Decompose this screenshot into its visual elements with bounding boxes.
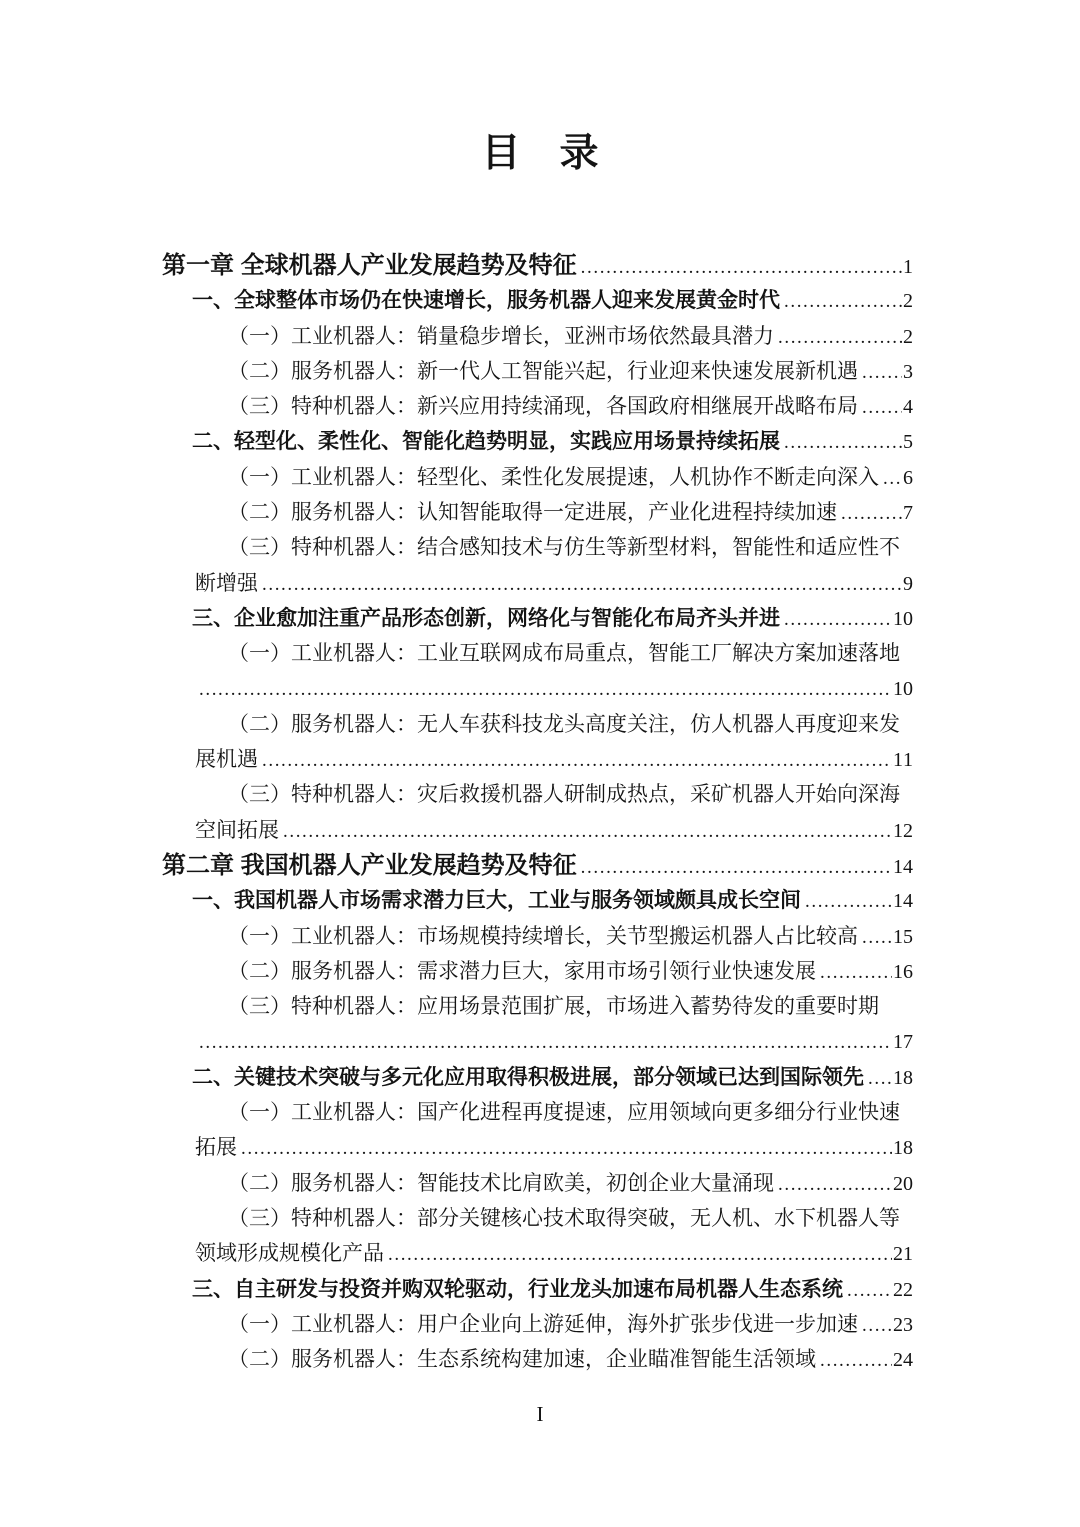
- toc-entry-line: 展机遇11: [162, 742, 913, 777]
- toc-entry-text: 第二章 我国机器人产业发展趋势及特征: [162, 848, 577, 883]
- toc-entry-line: 空间拓展12: [162, 813, 913, 848]
- toc-entry-line: 二、关键技术突破与多元化应用取得积极进展，部分领域已达到国际领先18: [162, 1060, 913, 1095]
- toc-entry-text: 空间拓展: [195, 813, 279, 848]
- toc-entry-line: （二）服务机器人：智能技术比肩欧美，初创企业大量涌现20: [162, 1166, 913, 1201]
- toc-entry[interactable]: （三）特种机器人：结合感知技术与仿生等新型材料，智能性和适应性不断增强9: [162, 530, 913, 601]
- dot-leader: [581, 250, 902, 285]
- toc-entry[interactable]: （一）工业机器人：工业互联网成布局重点，智能工厂解决方案加速落地10: [162, 636, 913, 707]
- dot-leader: [778, 320, 902, 355]
- toc-entry-text: （三）特种机器人：结合感知技术与仿生等新型材料，智能性和适应性不: [228, 530, 900, 565]
- toc-entry-line: （一）工业机器人：市场规模持续增长，关节型搬运机器人占比较高15: [162, 919, 913, 954]
- toc-entry-text: 三、自主研发与投资并购双轮驱动，行业龙头加速布局机器人生态系统: [192, 1272, 843, 1307]
- toc-entry-text: 展机遇: [195, 742, 258, 777]
- toc-entry-line: （一）工业机器人：轻型化、柔性化发展提速，人机协作不断走向深入6: [162, 460, 913, 495]
- toc-entry[interactable]: （一）工业机器人：国产化进程再度提速，应用领域向更多细分行业快速拓展18: [162, 1095, 913, 1166]
- toc-entry[interactable]: 三、自主研发与投资并购双轮驱动，行业龙头加速布局机器人生态系统22: [162, 1272, 913, 1307]
- dot-leader: [820, 1343, 892, 1378]
- dot-leader: [388, 1237, 892, 1272]
- toc-entry-line: （三）特种机器人：应用场景范围扩展，市场进入蓄势待发的重要时期: [162, 989, 913, 1024]
- dot-leader: [820, 955, 892, 990]
- toc-page-number: 14: [892, 884, 913, 919]
- toc-entry[interactable]: 二、轻型化、柔性化、智能化趋势明显，实践应用场景持续拓展5: [162, 424, 913, 459]
- toc-page-number: 12: [892, 814, 913, 849]
- toc-page-number: 20: [892, 1167, 913, 1202]
- toc-page-number: 2: [902, 284, 913, 319]
- toc-entry[interactable]: 一、全球整体市场仍在快速增长，服务机器人迎来发展黄金时代2: [162, 283, 913, 318]
- dot-leader: [784, 425, 902, 460]
- toc-entry-line: 第一章 全球机器人产业发展趋势及特征1: [162, 248, 913, 283]
- toc-page-number: 10: [892, 672, 913, 707]
- toc-entry-text: （三）特种机器人：新兴应用持续涌现，各国政府相继展开战略布局: [228, 389, 858, 424]
- toc-page-number: 4: [902, 390, 913, 425]
- page-title: 目 录: [0, 133, 1080, 175]
- toc-entry-text: 一、我国机器人市场需求潜力巨大，工业与服务领域颇具成长空间: [192, 883, 801, 918]
- toc-page-number: 15: [892, 920, 913, 955]
- toc-page-number: 7: [902, 496, 913, 531]
- toc-entry[interactable]: （三）特种机器人：部分关键核心技术取得突破，无人机、水下机器人等领域形成规模化产…: [162, 1201, 913, 1272]
- toc-page-number: 24: [892, 1343, 913, 1378]
- toc-entry-line: （二）服务机器人：需求潜力巨大，家用市场引领行业快速发展16: [162, 954, 913, 989]
- toc-entry[interactable]: （三）特种机器人：灾后救援机器人研制成热点，采矿机器人开始向深海空间拓展12: [162, 777, 913, 848]
- toc-entry-text: 拓展: [195, 1130, 237, 1165]
- toc-entry-line: 二、轻型化、柔性化、智能化趋势明显，实践应用场景持续拓展5: [162, 424, 913, 459]
- toc-entry[interactable]: （三）特种机器人：应用场景范围扩展，市场进入蓄势待发的重要时期17: [162, 989, 913, 1060]
- toc-entry-text: （一）工业机器人：市场规模持续增长，关节型搬运机器人占比较高: [228, 919, 858, 954]
- toc-page-number: 23: [892, 1308, 913, 1343]
- toc-entry[interactable]: 二、关键技术突破与多元化应用取得积极进展，部分领域已达到国际领先18: [162, 1060, 913, 1095]
- toc-page-number: 18: [892, 1061, 913, 1096]
- toc-entry-text: 领域形成规模化产品: [195, 1236, 384, 1271]
- toc-entry-line: 第二章 我国机器人产业发展趋势及特征14: [162, 848, 913, 883]
- dot-leader: [199, 1025, 892, 1060]
- dot-leader: [805, 884, 892, 919]
- dot-leader: [862, 390, 902, 425]
- toc-page-number: 9: [902, 567, 913, 602]
- toc-entry-text: （三）特种机器人：部分关键核心技术取得突破，无人机、水下机器人等: [228, 1201, 900, 1236]
- toc-entry[interactable]: 一、我国机器人市场需求潜力巨大，工业与服务领域颇具成长空间14: [162, 883, 913, 918]
- toc-entry-text: 三、企业愈加注重产品形态创新，网络化与智能化布局齐头并进: [192, 601, 780, 636]
- toc-entry[interactable]: （一）工业机器人：销量稳步增长，亚洲市场依然最具潜力2: [162, 319, 913, 354]
- toc-entry-line: 一、我国机器人市场需求潜力巨大，工业与服务领域颇具成长空间14: [162, 883, 913, 918]
- toc-entry[interactable]: （二）服务机器人：需求潜力巨大，家用市场引领行业快速发展16: [162, 954, 913, 989]
- dot-leader: [784, 284, 902, 319]
- toc-page-number: 1: [902, 250, 913, 285]
- toc-page-number: 16: [892, 955, 913, 990]
- dot-leader: [241, 1131, 892, 1166]
- toc-entry-line: （三）特种机器人：灾后救援机器人研制成热点，采矿机器人开始向深海: [162, 777, 913, 812]
- document-page: 目 录 第一章 全球机器人产业发展趋势及特征1一、全球整体市场仍在快速增长，服务…: [0, 0, 1080, 1527]
- toc-entry[interactable]: （二）服务机器人：智能技术比肩欧美，初创企业大量涌现20: [162, 1166, 913, 1201]
- toc-page-number: 17: [892, 1025, 913, 1060]
- toc-entry[interactable]: （一）工业机器人：市场规模持续增长，关节型搬运机器人占比较高15: [162, 919, 913, 954]
- dot-leader: [784, 602, 892, 637]
- dot-leader: [199, 672, 892, 707]
- toc-entry[interactable]: （一）工业机器人：用户企业向上游延伸，海外扩张步伐进一步加速23: [162, 1307, 913, 1342]
- toc-page-number: 2: [902, 320, 913, 355]
- toc-entry-line: 三、自主研发与投资并购双轮驱动，行业龙头加速布局机器人生态系统22: [162, 1272, 913, 1307]
- toc-entry[interactable]: （二）服务机器人：生态系统构建加速，企业瞄准智能生活领域24: [162, 1342, 913, 1377]
- toc-entry-text: （二）服务机器人：新一代人工智能兴起，行业迎来快速发展新机遇: [228, 354, 858, 389]
- toc-entry-text: （一）工业机器人：工业互联网成布局重点，智能工厂解决方案加速落地: [228, 636, 900, 671]
- toc-page-number: 10: [892, 602, 913, 637]
- toc-entry-line: （二）服务机器人：认知智能取得一定进展，产业化进程持续加速7: [162, 495, 913, 530]
- toc-entry-text: （三）特种机器人：灾后救援机器人研制成热点，采矿机器人开始向深海: [228, 777, 900, 812]
- toc-entry-text: 二、轻型化、柔性化、智能化趋势明显，实践应用场景持续拓展: [192, 424, 780, 459]
- toc-entry-text: （一）工业机器人：用户企业向上游延伸，海外扩张步伐进一步加速: [228, 1307, 858, 1342]
- toc-entry-text: （二）服务机器人：无人车获科技龙头高度关注，仿人机器人再度迎来发: [228, 707, 900, 742]
- toc-entry-text: （一）工业机器人：销量稳步增长，亚洲市场依然最具潜力: [228, 319, 774, 354]
- dot-leader: [778, 1167, 892, 1202]
- toc-entry-line: （一）工业机器人：国产化进程再度提速，应用领域向更多细分行业快速: [162, 1095, 913, 1130]
- toc-entry-line: （二）服务机器人：无人车获科技龙头高度关注，仿人机器人再度迎来发: [162, 707, 913, 742]
- toc-page-number: 11: [892, 743, 913, 778]
- dot-leader: [262, 743, 892, 778]
- toc-entry-line: 三、企业愈加注重产品形态创新，网络化与智能化布局齐头并进10: [162, 601, 913, 636]
- toc-entry-line: （三）特种机器人：部分关键核心技术取得突破，无人机、水下机器人等: [162, 1201, 913, 1236]
- toc-page-number: 3: [902, 355, 913, 390]
- toc-entry[interactable]: 第二章 我国机器人产业发展趋势及特征14: [162, 848, 913, 883]
- toc-entry-text: （二）服务机器人：生态系统构建加速，企业瞄准智能生活领域: [228, 1342, 816, 1377]
- toc-page-number: 21: [892, 1237, 913, 1272]
- toc-page-number: 5: [902, 425, 913, 460]
- toc-entry-line: 一、全球整体市场仍在快速增长，服务机器人迎来发展黄金时代2: [162, 283, 913, 318]
- toc-entry-line: （二）服务机器人：生态系统构建加速，企业瞄准智能生活领域24: [162, 1342, 913, 1377]
- toc-entry-text: 第一章 全球机器人产业发展趋势及特征: [162, 248, 577, 283]
- dot-leader: [283, 814, 892, 849]
- toc-entry-line: 领域形成规模化产品21: [162, 1236, 913, 1271]
- toc-entry[interactable]: 第一章 全球机器人产业发展趋势及特征1: [162, 248, 913, 283]
- toc-entry[interactable]: （一）工业机器人：轻型化、柔性化发展提速，人机协作不断走向深入6: [162, 460, 913, 495]
- dot-leader: [841, 496, 902, 531]
- toc-entry-text: 断增强: [195, 566, 258, 601]
- dot-leader: [847, 1273, 892, 1308]
- toc-entry[interactable]: 三、企业愈加注重产品形态创新，网络化与智能化布局齐头并进10: [162, 601, 913, 636]
- dot-leader: [862, 355, 902, 390]
- toc-entry[interactable]: （二）服务机器人：认知智能取得一定进展，产业化进程持续加速7: [162, 495, 913, 530]
- toc-list: 第一章 全球机器人产业发展趋势及特征1一、全球整体市场仍在快速增长，服务机器人迎…: [162, 248, 913, 1378]
- dot-leader: [581, 850, 892, 885]
- toc-entry-line: （三）特种机器人：新兴应用持续涌现，各国政府相继展开战略布局4: [162, 389, 913, 424]
- toc-page-number: 22: [892, 1273, 913, 1308]
- toc-entry-line: （一）工业机器人：用户企业向上游延伸，海外扩张步伐进一步加速23: [162, 1307, 913, 1342]
- toc-entry-text: （一）工业机器人：国产化进程再度提速，应用领域向更多细分行业快速: [228, 1095, 900, 1130]
- toc-entry-line: （三）特种机器人：结合感知技术与仿生等新型材料，智能性和适应性不: [162, 530, 913, 565]
- toc-entry-text: （二）服务机器人：需求潜力巨大，家用市场引领行业快速发展: [228, 954, 816, 989]
- toc-entry[interactable]: （二）服务机器人：新一代人工智能兴起，行业迎来快速发展新机遇3: [162, 354, 913, 389]
- toc-entry-line: （一）工业机器人：工业互联网成布局重点，智能工厂解决方案加速落地: [162, 636, 913, 671]
- toc-entry-line: 拓展18: [162, 1130, 913, 1165]
- toc-page-number: 6: [902, 461, 913, 496]
- dot-leader: [862, 1308, 892, 1343]
- toc-entry-text: （二）服务机器人：认知智能取得一定进展，产业化进程持续加速: [228, 495, 837, 530]
- dot-leader: [868, 1061, 892, 1096]
- dot-leader: [883, 461, 902, 496]
- toc-entry-text: （二）服务机器人：智能技术比肩欧美，初创企业大量涌现: [228, 1166, 774, 1201]
- toc-entry-line: （一）工业机器人：销量稳步增长，亚洲市场依然最具潜力2: [162, 319, 913, 354]
- toc-entry-text: （三）特种机器人：应用场景范围扩展，市场进入蓄势待发的重要时期: [228, 989, 879, 1024]
- toc-entry-text: 二、关键技术突破与多元化应用取得积极进展，部分领域已达到国际领先: [192, 1060, 864, 1095]
- toc-page-number: 18: [892, 1131, 913, 1166]
- toc-entry-line: 断增强9: [162, 566, 913, 601]
- footer-page-number: I: [0, 1400, 1080, 1428]
- toc-page-number: 14: [892, 850, 913, 885]
- toc-entry-line: 17: [162, 1025, 913, 1060]
- toc-entry-line: 10: [162, 672, 913, 707]
- dot-leader: [262, 567, 902, 602]
- toc-entry[interactable]: （二）服务机器人：无人车获科技龙头高度关注，仿人机器人再度迎来发展机遇11: [162, 707, 913, 778]
- dot-leader: [862, 920, 892, 955]
- toc-entry[interactable]: （三）特种机器人：新兴应用持续涌现，各国政府相继展开战略布局4: [162, 389, 913, 424]
- toc-entry-line: （二）服务机器人：新一代人工智能兴起，行业迎来快速发展新机遇3: [162, 354, 913, 389]
- toc-entry-text: （一）工业机器人：轻型化、柔性化发展提速，人机协作不断走向深入: [228, 460, 879, 495]
- toc-entry-text: 一、全球整体市场仍在快速增长，服务机器人迎来发展黄金时代: [192, 283, 780, 318]
